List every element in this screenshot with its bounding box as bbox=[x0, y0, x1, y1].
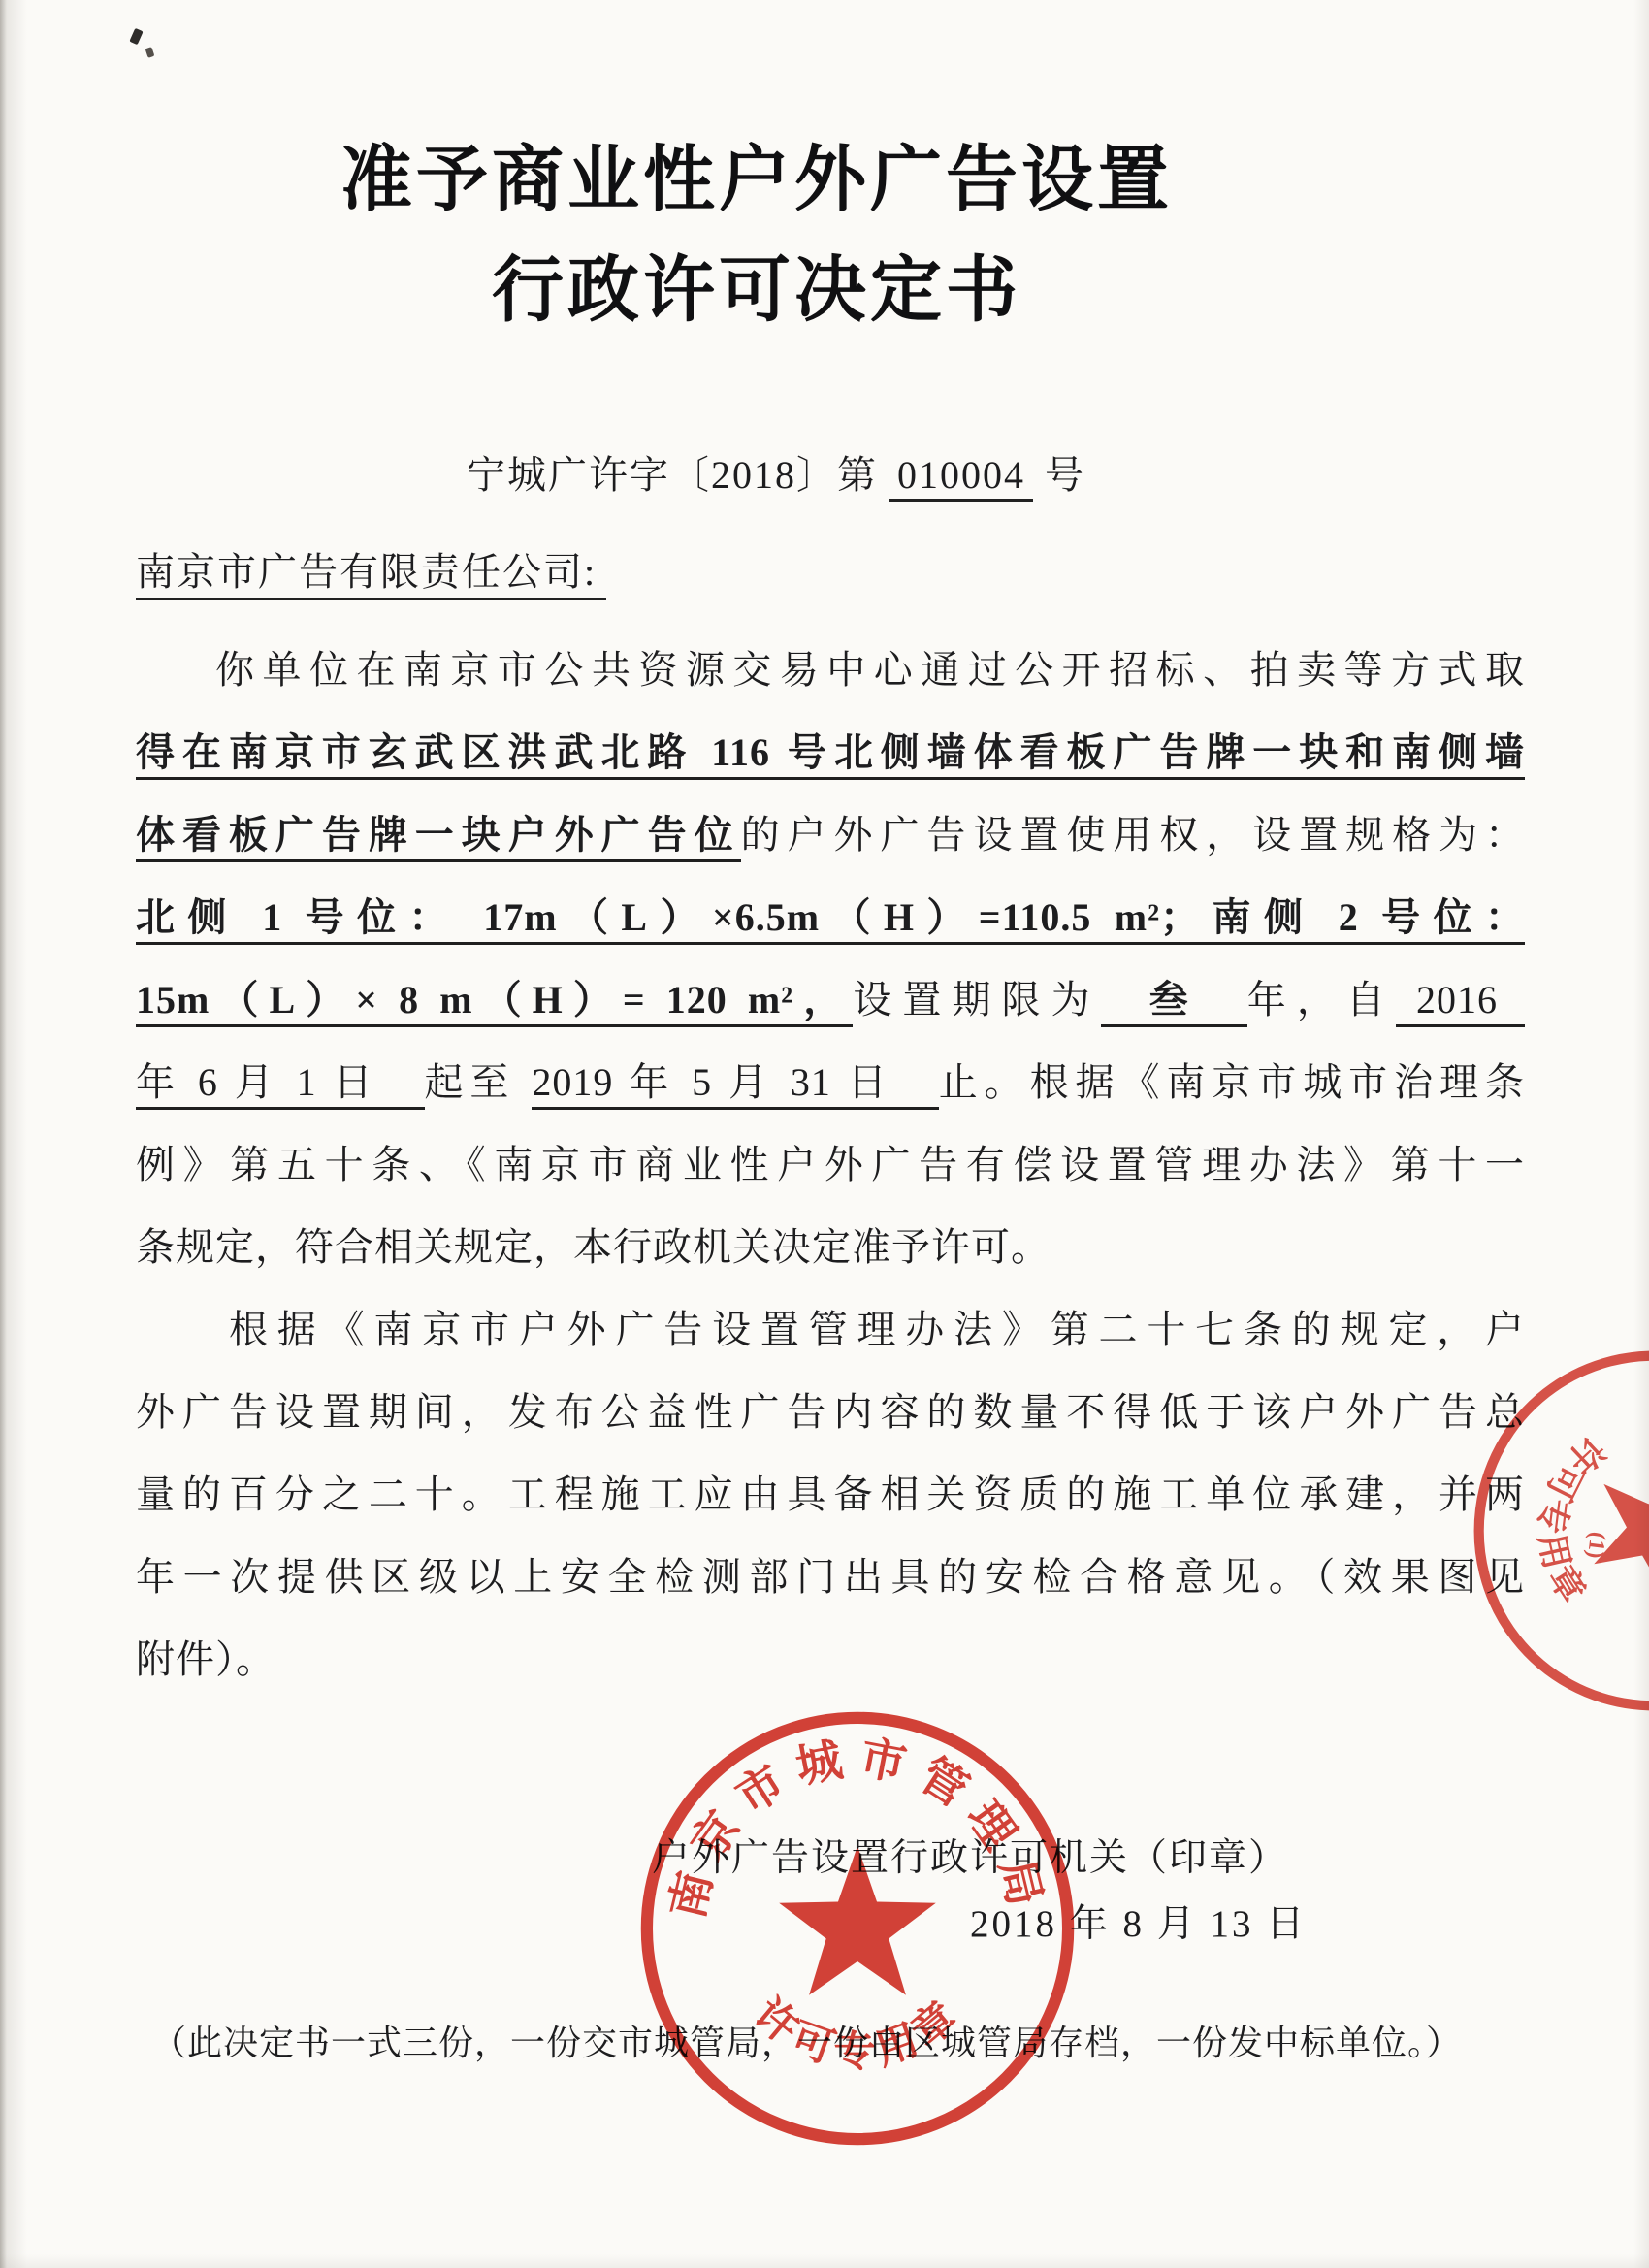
addressee-name: 南京市广告有限责任公司: bbox=[136, 550, 606, 600]
filled-blank-end-date: 2019 年 5 月 31 日 bbox=[532, 1060, 938, 1110]
text-segment: 根据《南京市户外广告设置管理办法》第二十七条的规定，户 bbox=[229, 1308, 1525, 1351]
document-title-line2: 行政许可决定书 bbox=[0, 233, 1513, 336]
body-line-4: 北侧 1 号位： 17m（L）×6.5m（H）=110.5 m²；南侧 2 号位… bbox=[136, 876, 1525, 958]
doc-number-value: 010004 bbox=[889, 453, 1033, 502]
doc-number-prefix: 宁城广许字〔2018〕第 bbox=[467, 453, 878, 497]
seal-star-icon bbox=[779, 1846, 936, 1995]
body-line-10: 外广告设置期间，发布公益性广告内容的数量不得低于该户外广告总 bbox=[136, 1371, 1525, 1453]
text-segment: 量的百分之二十。工程施工应由具备相关资质的施工单位承建，并两 bbox=[136, 1473, 1525, 1516]
text-segment: 北侧 1 号位： 17m（L）×6.5m（H）=110.5 m²；南侧 2 号位… bbox=[136, 895, 1525, 945]
text-segment: 例》第五十条、《南京市商业性户外广告有偿设置管理办法》第十一 bbox=[136, 1143, 1525, 1186]
text-segment: 15m（L）× 8 m（H）= 120 m²， bbox=[136, 978, 853, 1027]
scan-speck bbox=[145, 47, 155, 58]
body-line-5: 15m（L）× 8 m（H）= 120 m²，设置期限为叁年，自 2016 bbox=[136, 958, 1525, 1041]
document-title-line1: 准予商业性户外广告设置 bbox=[0, 122, 1513, 225]
text-segment: 附件）。 bbox=[136, 1637, 275, 1681]
scan-speck bbox=[129, 28, 143, 45]
text-segment: 设置期限为 bbox=[853, 978, 1100, 1021]
text-segment: 的户外广告设置使用权，设置规格为： bbox=[741, 813, 1525, 857]
body-line-11: 量的百分之二十。工程施工应由具备相关资质的施工单位承建，并两 bbox=[136, 1453, 1525, 1536]
filled-blank-duration: 叁 bbox=[1101, 978, 1247, 1027]
body-line-13: 附件）。 bbox=[136, 1618, 1525, 1701]
addressee-line: 南京市广告有限责任公司: bbox=[136, 541, 606, 597]
body-line-8: 条规定，符合相关规定，本行政机关决定准予许可。 bbox=[136, 1206, 1525, 1288]
body-line-3: 体看板广告牌一块户外广告位的户外广告设置使用权，设置规格为： bbox=[136, 794, 1525, 876]
body-line-6: 年 6 月 1 日 起至 2019 年 5 月 31 日 止。根据《南京市城市治… bbox=[136, 1041, 1525, 1123]
body-line-2: 得在南京市玄武区洪武北路 116 号北侧墙体看板广告牌一块和南侧墙 bbox=[136, 711, 1525, 794]
text-segment: 止。根据《南京市城市治理条 bbox=[939, 1060, 1525, 1104]
body-line-7: 例》第五十条、《南京市商业性户外广告有偿设置管理办法》第十一 bbox=[136, 1123, 1525, 1206]
text-segment: 条规定，符合相关规定，本行政机关决定准予许可。 bbox=[136, 1225, 1051, 1269]
official-seal-main: 南京市城市管理局 许可专用章 bbox=[629, 1700, 1086, 2157]
filled-blank-start-year: 2016 bbox=[1396, 978, 1525, 1027]
text-segment: 得在南京市玄武区洪武北路 116 号北侧墙体看板广告牌一块和南侧墙 bbox=[136, 730, 1525, 780]
text-segment: 体看板广告牌一块户外广告位 bbox=[136, 813, 741, 862]
scanned-document-page: 准予商业性户外广告设置 行政许可决定书 宁城广许字〔2018〕第 010004 … bbox=[0, 0, 1649, 2268]
body-line-9: 根据《南京市户外广告设置管理办法》第二十七条的规定，户 bbox=[136, 1288, 1525, 1371]
text-segment: 起至 bbox=[425, 1060, 533, 1104]
text-segment: 年，自 bbox=[1247, 978, 1396, 1021]
body-line-1: 你单位在南京市公共资源交易中心通过公开招标、拍卖等方式取 bbox=[136, 629, 1525, 711]
filled-blank-start-date: 年 6 月 1 日 bbox=[136, 1060, 425, 1110]
seal-graphic: 南京市城市管理局 许可专用章 bbox=[629, 1700, 1086, 2157]
seal-bottom-text: 许可专用章 bbox=[745, 1990, 970, 2075]
seal-index-number: (1) bbox=[1582, 1531, 1610, 1560]
text-segment: 年一次提供区级以上安全检测部门出具的安检合格意见。（效果图见 bbox=[136, 1555, 1525, 1599]
document-number-line: 宁城广许字〔2018〕第 010004 号 bbox=[0, 444, 1552, 500]
doc-number-suffix: 号 bbox=[1045, 453, 1085, 497]
body-line-12: 年一次提供区级以上安全检测部门出具的安检合格意见。（效果图见 bbox=[136, 1536, 1525, 1618]
text-segment: 外广告设置期间，发布公益性广告内容的数量不得低于该户外广告总 bbox=[136, 1390, 1525, 1434]
seal-bottom-text: 许可专用章 bbox=[1522, 1423, 1615, 1617]
text-segment: 你单位在南京市公共资源交易中心通过公开招标、拍卖等方式取 bbox=[215, 648, 1525, 692]
document-body: 你单位在南京市公共资源交易中心通过公开招标、拍卖等方式取 得在南京市玄武区洪武北… bbox=[136, 629, 1525, 1701]
